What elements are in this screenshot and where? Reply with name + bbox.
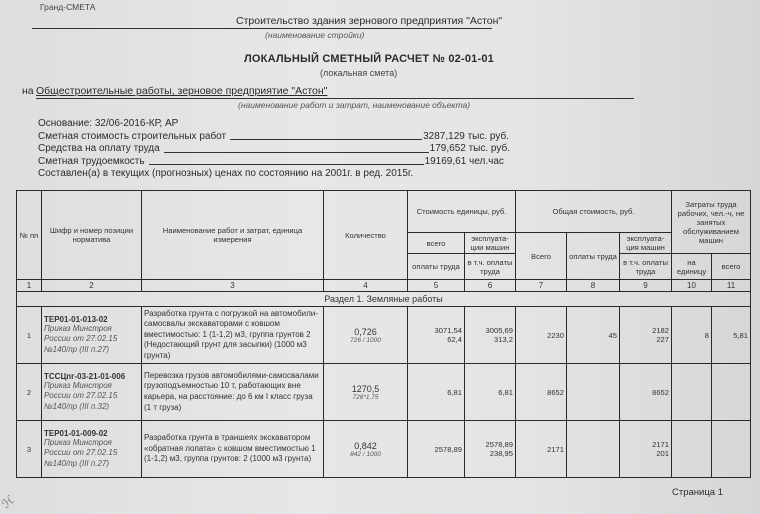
col-num: 6 (465, 280, 516, 292)
header-qty: Количество (324, 191, 408, 280)
row-qty-formula: 842 / 1000 (326, 451, 405, 458)
row-labor-unit (672, 421, 712, 478)
cost-label: Сметная стоимость строительных работ (38, 131, 226, 144)
row-total-machine: 2182 (622, 326, 669, 335)
construction-name: Строительство здания зернового предприят… (236, 15, 502, 27)
handwritten-mark: ℋ (0, 493, 17, 511)
header-total-all: Всего (516, 233, 567, 280)
row-unit-wages: 62,4 (410, 335, 462, 344)
header-labor-unit: на единицу (672, 254, 712, 280)
row-total-machine-cell: 8652 (620, 364, 672, 421)
header-code: Шифр и номер позиции норматива (42, 191, 142, 280)
row-num: 3 (17, 421, 42, 478)
col-num: 5 (408, 280, 465, 292)
row-total-all: 8652 (516, 364, 567, 421)
row-order: Приказ Минстроя России от 27.02.15 №140/… (44, 381, 139, 413)
row-total-wages (567, 364, 620, 421)
row-code-cell: ТССЦпг-03-21-01-006Приказ Минстроя Росси… (42, 364, 142, 421)
header-unit-total: всего (408, 233, 465, 254)
row-unit-cost: 6,81 (408, 364, 465, 421)
row-total-wages (567, 421, 620, 478)
row-total-machine-wages: 227 (622, 335, 669, 344)
row-total-all: 2171 (516, 421, 567, 478)
row-unit-total: 2578,89 (410, 445, 462, 454)
labor-value: 19169,61 чел.час (425, 156, 504, 169)
object-name: Общестроительные работы, зерновое предпр… (36, 85, 327, 97)
table-row: 1 ТЕР01-01-013-02Приказ Минстроя России … (17, 307, 751, 364)
header-unit-cost: Стоимость единицы, руб. (408, 191, 516, 233)
section-title: Раздел 1. Земляные работы (17, 292, 751, 307)
col-num: 3 (142, 280, 324, 292)
row-qty-cell: 0,726726 / 1000 (324, 307, 408, 364)
row-qty-cell: 0,842842 / 1000 (324, 421, 408, 478)
wages-label: Средства на оплату труда (38, 143, 160, 156)
row-order: Приказ Минстроя России от 27.02.15 №140/… (44, 438, 139, 470)
construction-caption: (наименование стройки) (265, 30, 364, 40)
row-unit-machine-cell: 6,81 (465, 364, 516, 421)
header-labor: Затраты труда рабочих, чел.-ч, не заняты… (672, 191, 751, 254)
document-subtitle: (локальная смета) (320, 68, 397, 78)
row-total-wages: 45 (567, 307, 620, 364)
col-num: 10 (672, 280, 712, 292)
row-unit-machine-wages: 313,2 (467, 335, 513, 344)
object-caption: (наименование работ и затрат, наименован… (238, 100, 470, 110)
basis-text: Основание: 32/06-2016-КР, АР (38, 118, 178, 131)
row-total-all: 2230 (516, 307, 567, 364)
row-desc: Перевозка грузов автомобилями-самосвалам… (142, 364, 324, 421)
header-unit-wages: оплаты труда (408, 254, 465, 280)
basis: Основание: 32/06-2016-КР, АР (38, 118, 510, 131)
row-qty-formula: 726 / 1000 (326, 337, 405, 344)
header-unit-machine: эксплуата-ции машин (465, 233, 516, 254)
cost-value: 3287,129 тыс. руб. (423, 131, 509, 144)
row-unit-cost: 2578,89 (408, 421, 465, 478)
row-unit-cost: 3071,5462,4 (408, 307, 465, 364)
row-qty: 0,726 (326, 327, 405, 337)
header-num: № пп (17, 191, 42, 280)
row-labor-total (712, 364, 751, 421)
header-total-wages: оплаты труда (567, 233, 620, 280)
row-total-machine: 2171 (622, 440, 669, 449)
row-unit-machine-cell: 2578,89238,95 (465, 421, 516, 478)
row-num: 1 (17, 307, 42, 364)
labor-row: Сметная трудоемкость19169,61 чел.час (38, 156, 510, 169)
row-num: 2 (17, 364, 42, 421)
wages-row: Средства на оплату труда179,652 тыс. руб… (38, 143, 510, 156)
header-name: Наименование работ и затрат, единица изм… (142, 191, 324, 280)
row-code: ТССЦпг-03-21-01-006 (44, 372, 139, 381)
col-num: 2 (42, 280, 142, 292)
row-desc: Разработка грунта в траншеях экскаваторо… (142, 421, 324, 478)
row-total-machine-cell: 2171201 (620, 421, 672, 478)
section-row: Раздел 1. Земляные работы (17, 292, 751, 307)
header-total-machine-wages: в т.ч. оплаты труда (620, 254, 672, 280)
table-row: 3 ТЕР01-01-009-02Приказ Минстроя России … (17, 421, 751, 478)
row-labor-unit (672, 364, 712, 421)
row-total-machine-cell: 2182227 (620, 307, 672, 364)
estimate-summary: Основание: 32/06-2016-КР, АР Сметная сто… (38, 118, 510, 181)
col-num: 8 (567, 280, 620, 292)
object-underline (36, 98, 634, 99)
row-desc: Разработка грунта с погрузкой на автомоб… (142, 307, 324, 364)
table-row: 2 ТССЦпг-03-21-01-006Приказ Минстроя Рос… (17, 364, 751, 421)
program-name: Гранд-СМЕТА (40, 2, 95, 12)
row-code: ТЕР01-01-013-02 (44, 315, 139, 324)
object-prefix: на (22, 85, 34, 97)
wages-value: 179,652 тыс. руб. (430, 143, 510, 156)
row-total-machine-wages: 201 (622, 449, 669, 458)
labor-label: Сметная трудоемкость (38, 156, 145, 169)
header-total-cost: Общая стоимость, руб. (516, 191, 672, 233)
estimate-table: № пп Шифр и номер позиции норматива Наим… (16, 190, 751, 478)
col-num: 1 (17, 280, 42, 292)
prices-note-text: Составлен(а) в текущих (прогнозных) цена… (38, 168, 413, 181)
row-labor-total: 5,81 (712, 307, 751, 364)
row-order: Приказ Минстроя России от 27.02.15 №140/… (44, 324, 139, 356)
row-unit-machine-cell: 3005,69313,2 (465, 307, 516, 364)
row-qty-cell: 1270,5726*1,75 (324, 364, 408, 421)
row-unit-total: 6,81 (410, 388, 462, 397)
column-numbers: 1 2 3 4 5 6 7 8 9 10 11 (17, 280, 751, 292)
row-code-cell: ТЕР01-01-013-02Приказ Минстроя России от… (42, 307, 142, 364)
header-unit-machine-wages: в т.ч. оплаты труда (465, 254, 516, 280)
row-labor-unit: 8 (672, 307, 712, 364)
header-total-machine: эксплуата-ция машин (620, 233, 672, 254)
col-num: 11 (712, 280, 751, 292)
row-unit-machine: 2578,89 (467, 440, 513, 449)
page-number: Страница 1 (672, 487, 723, 498)
row-unit-machine: 6,81 (467, 388, 513, 397)
construction-underline (32, 28, 492, 29)
col-num: 4 (324, 280, 408, 292)
row-code-cell: ТЕР01-01-009-02Приказ Минстроя России от… (42, 421, 142, 478)
header-labor-total: всего (712, 254, 751, 280)
row-qty: 0,842 (326, 441, 405, 451)
row-unit-machine: 3005,69 (467, 326, 513, 335)
cost-row: Сметная стоимость строительных работ3287… (38, 131, 510, 144)
row-total-machine: 8652 (622, 388, 669, 397)
row-unit-total: 3071,54 (410, 326, 462, 335)
prices-note: Составлен(а) в текущих (прогнозных) цена… (38, 168, 510, 181)
document-title: ЛОКАЛЬНЫЙ СМЕТНЫЙ РАСЧЕТ № 02-01-01 (244, 53, 494, 65)
row-qty: 1270,5 (326, 384, 405, 394)
row-labor-total (712, 421, 751, 478)
row-unit-machine-wages: 238,95 (467, 449, 513, 458)
col-num: 9 (620, 280, 672, 292)
col-num: 7 (516, 280, 567, 292)
row-qty-formula: 726*1,75 (326, 394, 405, 401)
row-code: ТЕР01-01-009-02 (44, 429, 139, 438)
